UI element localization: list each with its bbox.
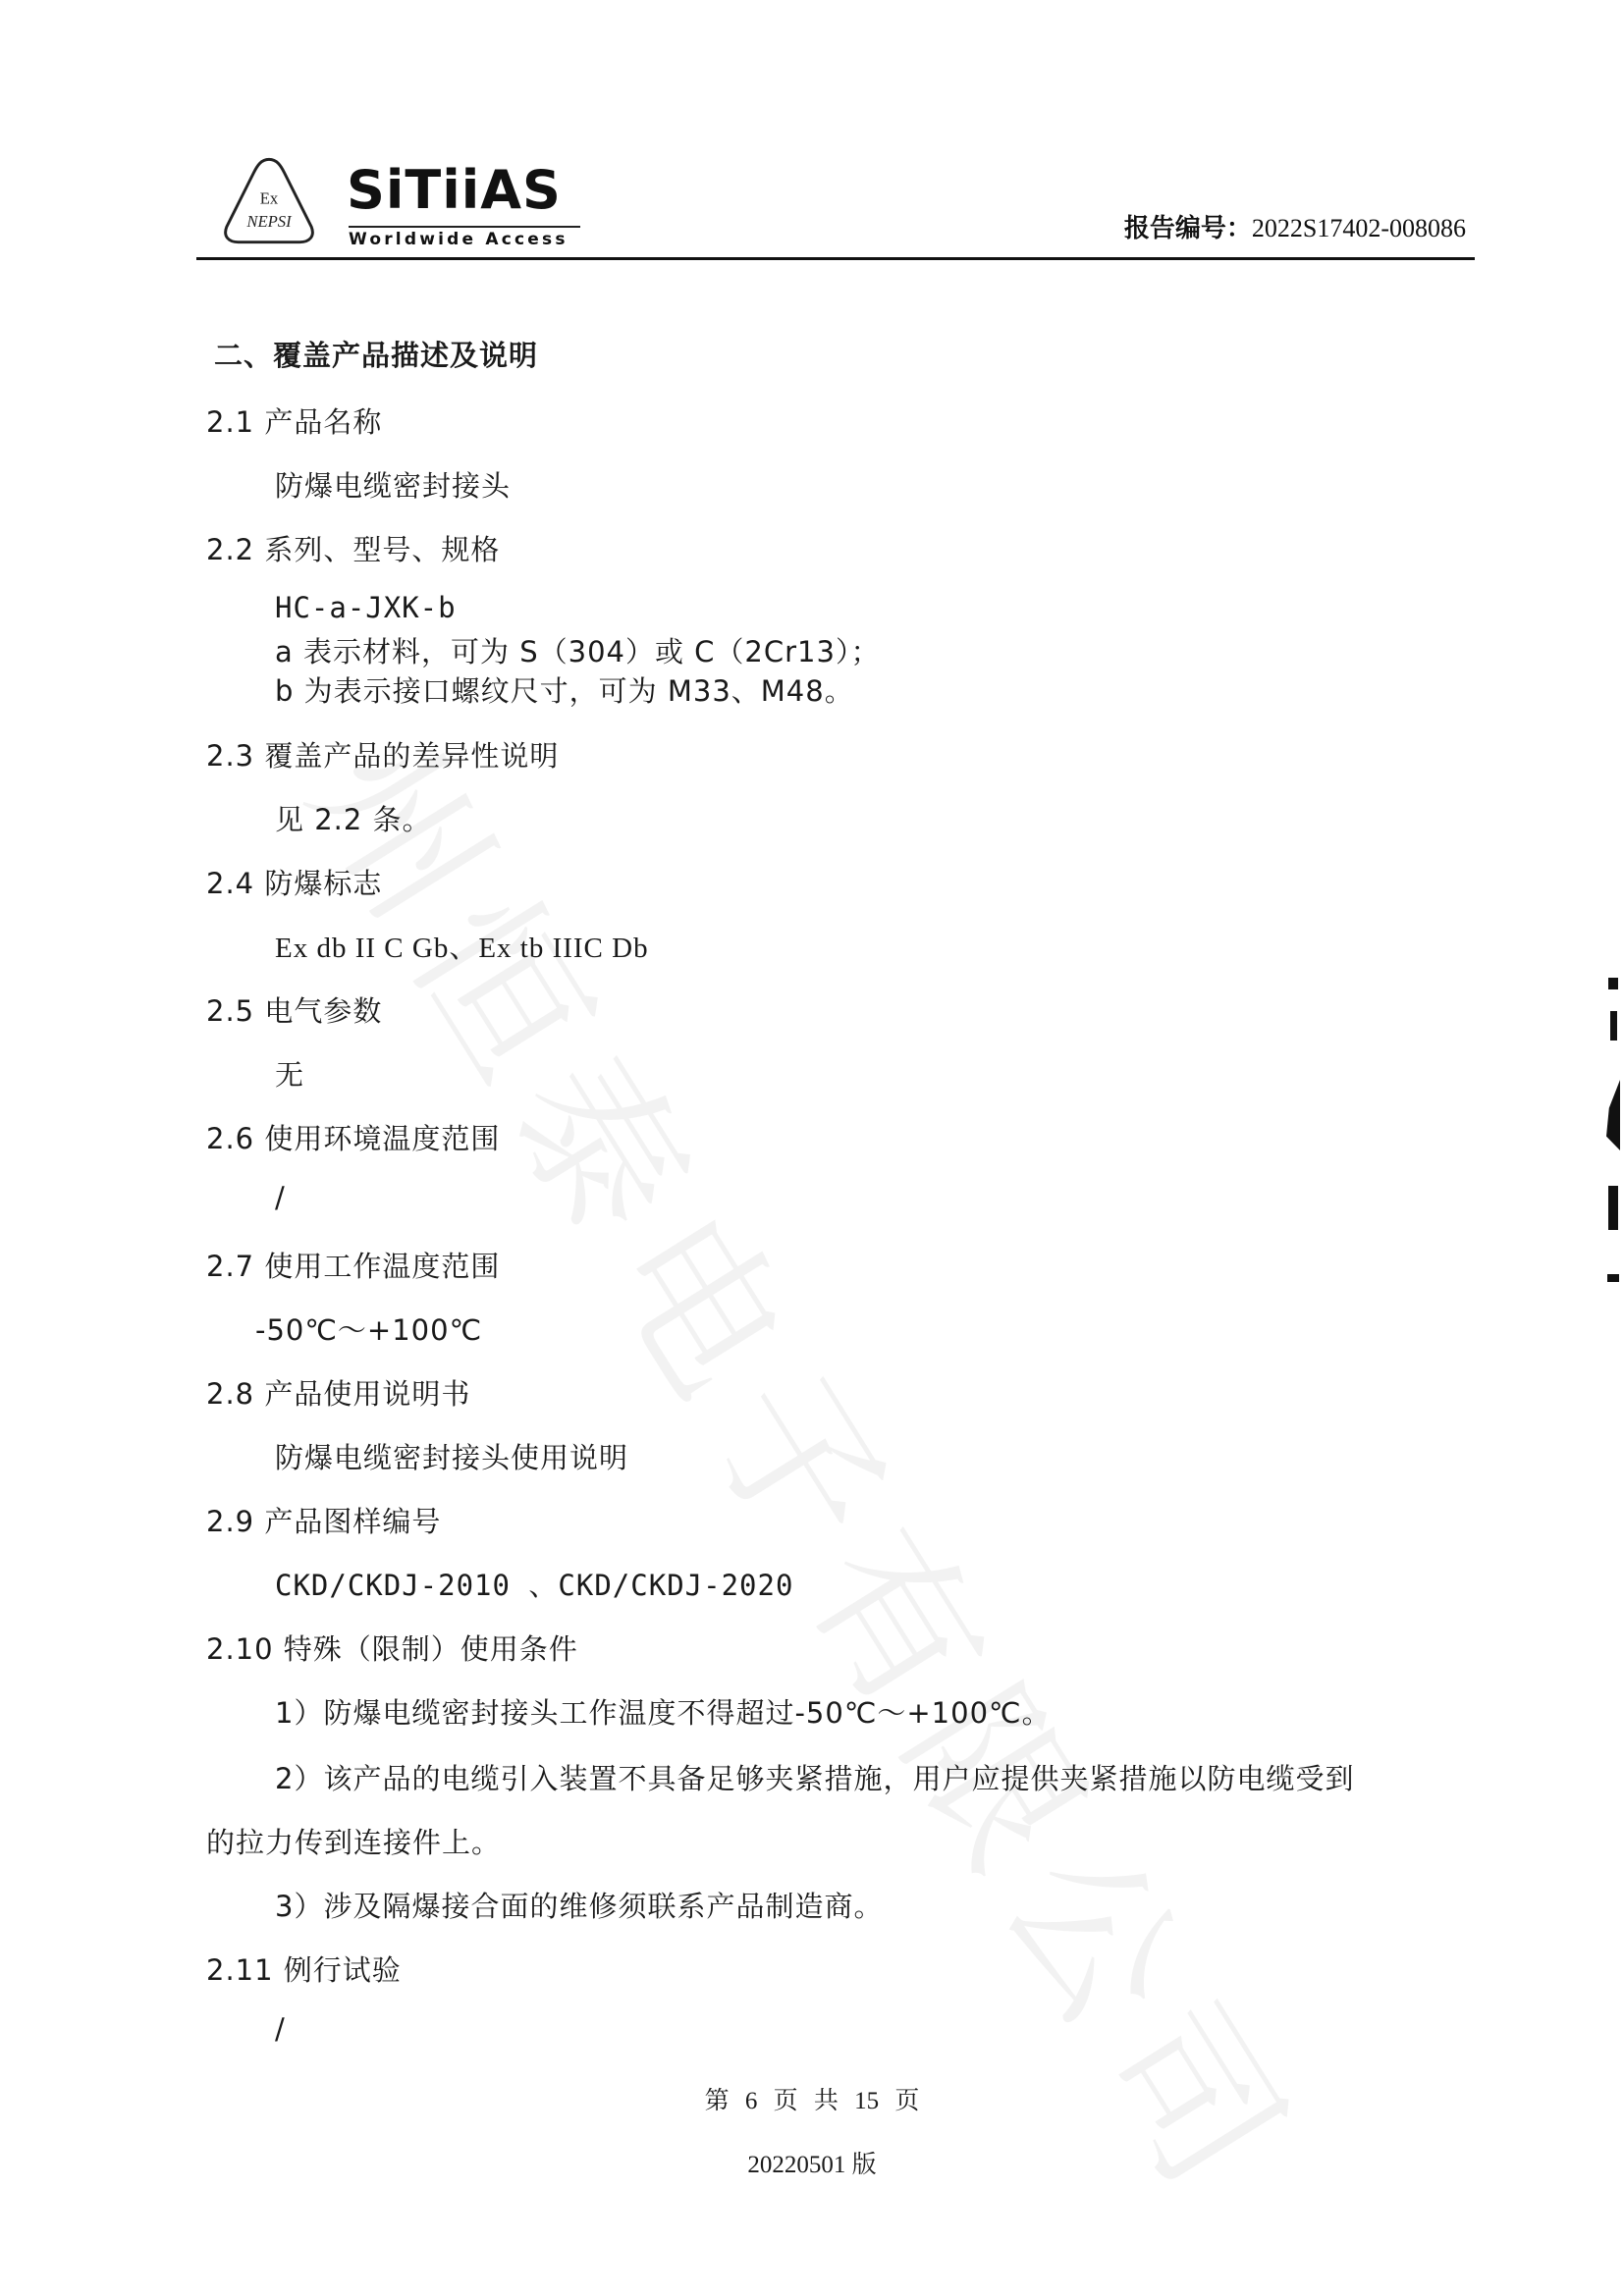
- scan-artifact: [1608, 978, 1618, 989]
- item-heading: 2.7 使用工作温度范围: [206, 1245, 500, 1285]
- item-heading: 2.6 使用环境温度范围: [206, 1117, 500, 1157]
- item-heading: 2.4 防爆标志: [206, 862, 382, 902]
- logo-divider: [349, 226, 580, 228]
- scan-artifact: [1607, 1274, 1619, 1282]
- header-divider: [196, 257, 1475, 260]
- scan-artifact: [1608, 1186, 1618, 1230]
- item-body: 防爆电缆密封接头: [275, 464, 511, 505]
- item-body: /: [275, 2012, 286, 2046]
- scan-artifact: [1606, 1080, 1620, 1150]
- item-body: Ex db II C Gb、Ex tb IIIC Db: [275, 926, 649, 966]
- section-title: 二、覆盖产品描述及说明: [214, 334, 538, 374]
- item-heading: 2.2 系列、型号、规格: [206, 528, 500, 568]
- item-body: CKD/CKDJ-2010 、CKD/CKDJ-2020: [275, 1564, 793, 1604]
- item-heading: 2.8 产品使用说明书: [206, 1372, 470, 1413]
- item-body: 防爆电缆密封接头使用说明: [275, 1436, 628, 1476]
- item-body: 3）涉及隔爆接合面的维修须联系产品制造商。: [275, 1885, 883, 1925]
- item-body: 无: [275, 1053, 304, 1094]
- item-body: 的拉力传到连接件上。: [206, 1821, 501, 1861]
- report-number-label: 报告编号：: [1124, 214, 1252, 243]
- item-body: 1）防爆电缆密封接头工作温度不得超过-50℃～+100℃。: [275, 1691, 1052, 1732]
- nepsi-badge-logo: Ex NEPSI: [221, 155, 317, 248]
- item-heading: 2.3 覆盖产品的差异性说明: [206, 734, 559, 774]
- item-body: /: [275, 1181, 286, 1214]
- item-heading: 2.11 例行试验: [206, 1949, 402, 1989]
- report-number: 报告编号：2022S17402-008086: [1124, 208, 1466, 244]
- version-label: 20220501 版: [0, 2145, 1624, 2180]
- svg-text:NEPSI: NEPSI: [245, 212, 293, 231]
- page-number: 第 6 页 共 15 页: [0, 2081, 1624, 2116]
- report-number-value: 2022S17402-008086: [1252, 214, 1466, 242]
- item-body: HC-a-JXK-b: [275, 591, 457, 624]
- item-heading: 2.10 特殊（限制）使用条件: [206, 1628, 578, 1668]
- item-heading: 2.1 产品名称: [206, 400, 382, 441]
- item-body: a 表示材料，可为 S（304）或 C（2Cr13）；: [275, 630, 880, 670]
- document-page: 州恒泰电子有限公司 Ex NEPSI SiTiiAS Worldwide Acc…: [0, 0, 1624, 2296]
- svg-text:Ex: Ex: [260, 188, 279, 207]
- item-heading: 2.5 电气参数: [206, 989, 382, 1030]
- sitiias-logo: SiTiiAS: [347, 161, 562, 220]
- logo-tagline: Worldwide Access: [349, 230, 568, 249]
- item-body: -50℃～+100℃: [255, 1308, 482, 1349]
- item-body: b 为表示接口螺纹尺寸，可为 M33、M48。: [275, 669, 854, 710]
- scan-artifact: [1610, 1011, 1617, 1041]
- page-header: Ex NEPSI SiTiiAS Worldwide Access 报告编号：2…: [201, 147, 1478, 260]
- item-body: 见 2.2 条。: [275, 798, 432, 838]
- item-body: 2）该产品的电缆引入装置不具备足够夹紧措施，用户应提供夹紧措施以防电缆受到: [275, 1757, 1354, 1797]
- item-heading: 2.9 产品图样编号: [206, 1500, 441, 1540]
